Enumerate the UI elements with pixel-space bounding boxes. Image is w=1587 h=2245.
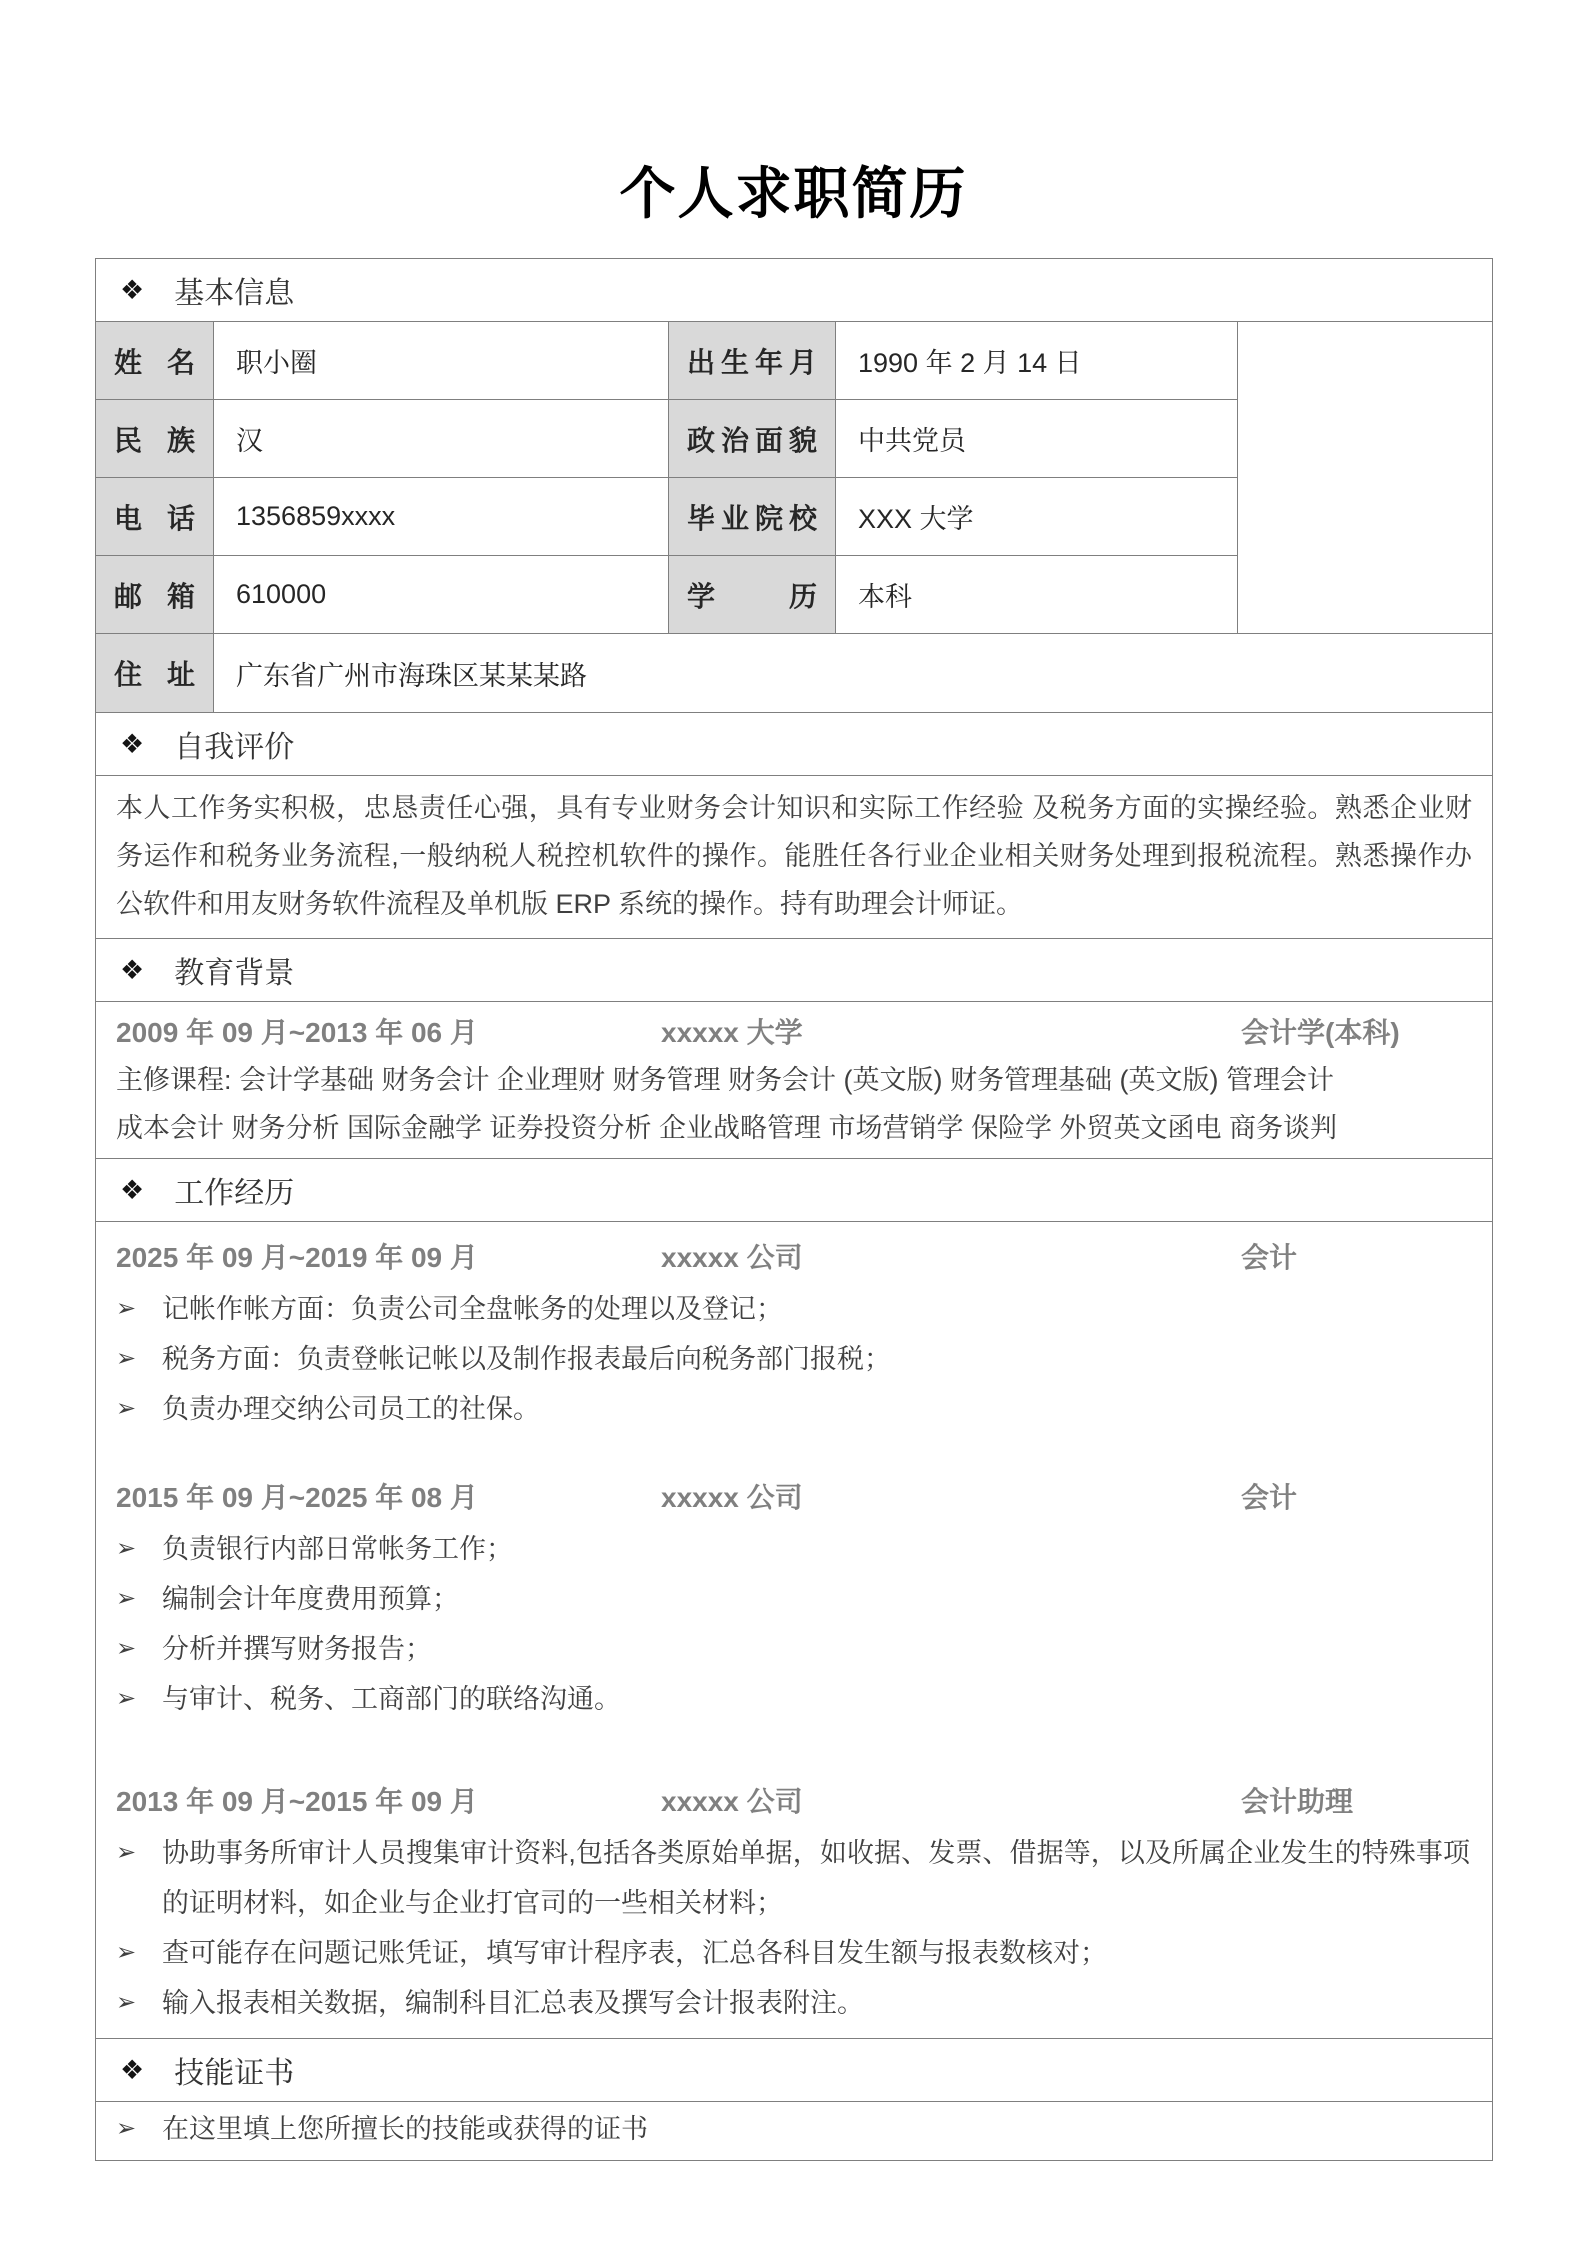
field-value-degree: 本科	[836, 556, 1238, 634]
education-entry-head: 2009 年 09 月~2013 年 06 月 xxxxx 大学 会计学(本科)	[96, 1002, 1492, 1056]
job-entry-head: 2015 年 09 月~2025 年 08 月 xxxxx 公司 会计	[96, 1468, 1492, 1524]
job-bullet: ➢ 与审计、税务、工商部门的联络沟通。	[96, 1674, 1492, 1724]
field-value-school: XXX 大学	[836, 478, 1238, 556]
job-entry-head: 2013 年 09 月~2015 年 09 月 xxxxx 公司 会计助理	[96, 1772, 1492, 1828]
job-position: 会计助理	[1241, 1780, 1492, 1820]
diamond-icon: ❖	[120, 1175, 144, 1206]
field-label-phone: 电话	[96, 478, 214, 556]
arrow-bullet-icon: ➢	[116, 1334, 162, 1384]
job-bullet: ➢ 税务方面：负责登帐记帐以及制作报表最后向税务部门报税；	[96, 1334, 1492, 1384]
job-period: 2015 年 09 月~2025 年 08 月	[116, 1476, 661, 1516]
job-period: 2013 年 09 月~2015 年 09 月	[116, 1780, 661, 1820]
job-bullet: ➢ 协助事务所审计人员搜集审计资料,包括各类原始单据，如收据、发票、借据等，以及…	[96, 1828, 1492, 1928]
field-label-name: 姓名	[96, 322, 214, 400]
arrow-bullet-icon: ➢	[116, 1828, 162, 1878]
job-bullet: ➢ 负责办理交纳公司员工的社保。	[96, 1384, 1492, 1434]
arrow-bullet-icon: ➢	[116, 2104, 162, 2154]
job-entry-head: 2025 年 09 月~2019 年 09 月 xxxxx 公司 会计	[96, 1228, 1492, 1284]
field-label-ethnicity: 民族	[96, 400, 214, 478]
courses-line-1: 主修课程: 会计学基础 财务会计 企业理财 财务管理 财务会计 (英文版) 财务…	[96, 1056, 1492, 1104]
section-header-basic-info: ❖ 基本信息	[96, 259, 1492, 322]
basic-info-table: 姓名 职小圈 出生年月 1990 年 2 月 14 日 民族 汉 政治面貌 中共…	[96, 322, 1492, 713]
job-company: xxxxx 公司	[661, 1236, 1241, 1276]
skill-bullet: ➢ 在这里填上您所擅长的技能或获得的证书	[96, 2104, 1492, 2154]
field-value-email: 610000	[214, 556, 669, 634]
arrow-bullet-icon: ➢	[116, 1284, 162, 1334]
resume-frame: ❖ 基本信息 姓名 职小圈 出生年月 1990 年 2 月 14 日 民族 汉 …	[95, 258, 1493, 2161]
skills-block: ➢ 在这里填上您所擅长的技能或获得的证书	[96, 2102, 1492, 2160]
photo-placeholder	[1238, 322, 1492, 634]
arrow-bullet-icon: ➢	[116, 1574, 162, 1624]
field-value-phone: 1356859xxxx	[214, 478, 669, 556]
job-entry: 2015 年 09 月~2025 年 08 月 xxxxx 公司 会计 ➢ 负责…	[96, 1468, 1492, 1724]
job-bullet: ➢ 记帐作帐方面：负责公司全盘帐务的处理以及登记；	[96, 1284, 1492, 1334]
section-title-text: 工作经历	[174, 1168, 294, 1212]
job-company: xxxxx 公司	[661, 1780, 1241, 1820]
field-value-address: 广东省广州市海珠区某某某路	[214, 634, 1492, 712]
education-degree: 会计学(本科)	[1241, 1011, 1492, 1051]
section-header-skills: ❖ 技能证书	[96, 2039, 1492, 2102]
arrow-bullet-icon: ➢	[116, 1928, 162, 1978]
job-entry: 2025 年 09 月~2019 年 09 月 xxxxx 公司 会计 ➢ 记帐…	[96, 1228, 1492, 1434]
field-label-email: 邮箱	[96, 556, 214, 634]
job-position: 会计	[1241, 1476, 1492, 1516]
field-value-name: 职小圈	[214, 322, 669, 400]
job-bullet: ➢ 编制会计年度费用预算；	[96, 1574, 1492, 1624]
courses-line-2: 成本会计 财务分析 国际金融学 证券投资分析 企业战略管理 市场营销学 保险学 …	[96, 1104, 1492, 1152]
arrow-bullet-icon: ➢	[116, 1624, 162, 1674]
diamond-icon: ❖	[120, 275, 144, 306]
work-block: 2025 年 09 月~2019 年 09 月 xxxxx 公司 会计 ➢ 记帐…	[96, 1222, 1492, 2039]
section-title-text: 基本信息	[174, 268, 294, 312]
page-title: 个人求职简历	[0, 150, 1587, 230]
arrow-bullet-icon: ➢	[116, 1524, 162, 1574]
diamond-icon: ❖	[120, 729, 144, 760]
self-evaluation-text: 本人工作务实积极，忠恳责任心强，具有专业财务会计知识和实际工作经验 及税务方面的…	[96, 776, 1492, 939]
field-label-birth: 出生年月	[669, 322, 836, 400]
job-bullet: ➢ 分析并撰写财务报告；	[96, 1624, 1492, 1674]
diamond-icon: ❖	[120, 2055, 144, 2086]
job-bullet: ➢ 输入报表相关数据，编制科目汇总表及撰写会计报表附注。	[96, 1978, 1492, 2028]
arrow-bullet-icon: ➢	[116, 1978, 162, 2028]
education-period: 2009 年 09 月~2013 年 06 月	[116, 1011, 661, 1051]
field-label-school: 毕业院校	[669, 478, 836, 556]
job-company: xxxxx 公司	[661, 1476, 1241, 1516]
field-value-birth: 1990 年 2 月 14 日	[836, 322, 1238, 400]
field-label-address: 住址	[96, 634, 214, 712]
section-title-text: 技能证书	[174, 2048, 294, 2092]
education-block: 2009 年 09 月~2013 年 06 月 xxxxx 大学 会计学(本科)…	[96, 1002, 1492, 1159]
job-position: 会计	[1241, 1236, 1492, 1276]
education-school: xxxxx 大学	[661, 1011, 1241, 1051]
job-bullet: ➢ 负责银行内部日常帐务工作；	[96, 1524, 1492, 1574]
section-header-self-evaluation: ❖ 自我评价	[96, 713, 1492, 776]
diamond-icon: ❖	[120, 955, 144, 986]
job-bullet: ➢ 查可能存在问题记账凭证，填写审计程序表，汇总各科目发生额与报表数核对；	[96, 1928, 1492, 1978]
job-period: 2025 年 09 月~2019 年 09 月	[116, 1236, 661, 1276]
field-value-ethnicity: 汉	[214, 400, 669, 478]
field-label-degree: 学历	[669, 556, 836, 634]
section-header-education: ❖ 教育背景	[96, 939, 1492, 1002]
arrow-bullet-icon: ➢	[116, 1674, 162, 1724]
section-title-text: 自我评价	[174, 722, 294, 766]
section-title-text: 教育背景	[174, 948, 294, 992]
section-header-work: ❖ 工作经历	[96, 1159, 1492, 1222]
field-label-political-status: 政治面貌	[669, 400, 836, 478]
field-value-political-status: 中共党员	[836, 400, 1238, 478]
job-entry: 2013 年 09 月~2015 年 09 月 xxxxx 公司 会计助理 ➢ …	[96, 1772, 1492, 2028]
arrow-bullet-icon: ➢	[116, 1384, 162, 1434]
